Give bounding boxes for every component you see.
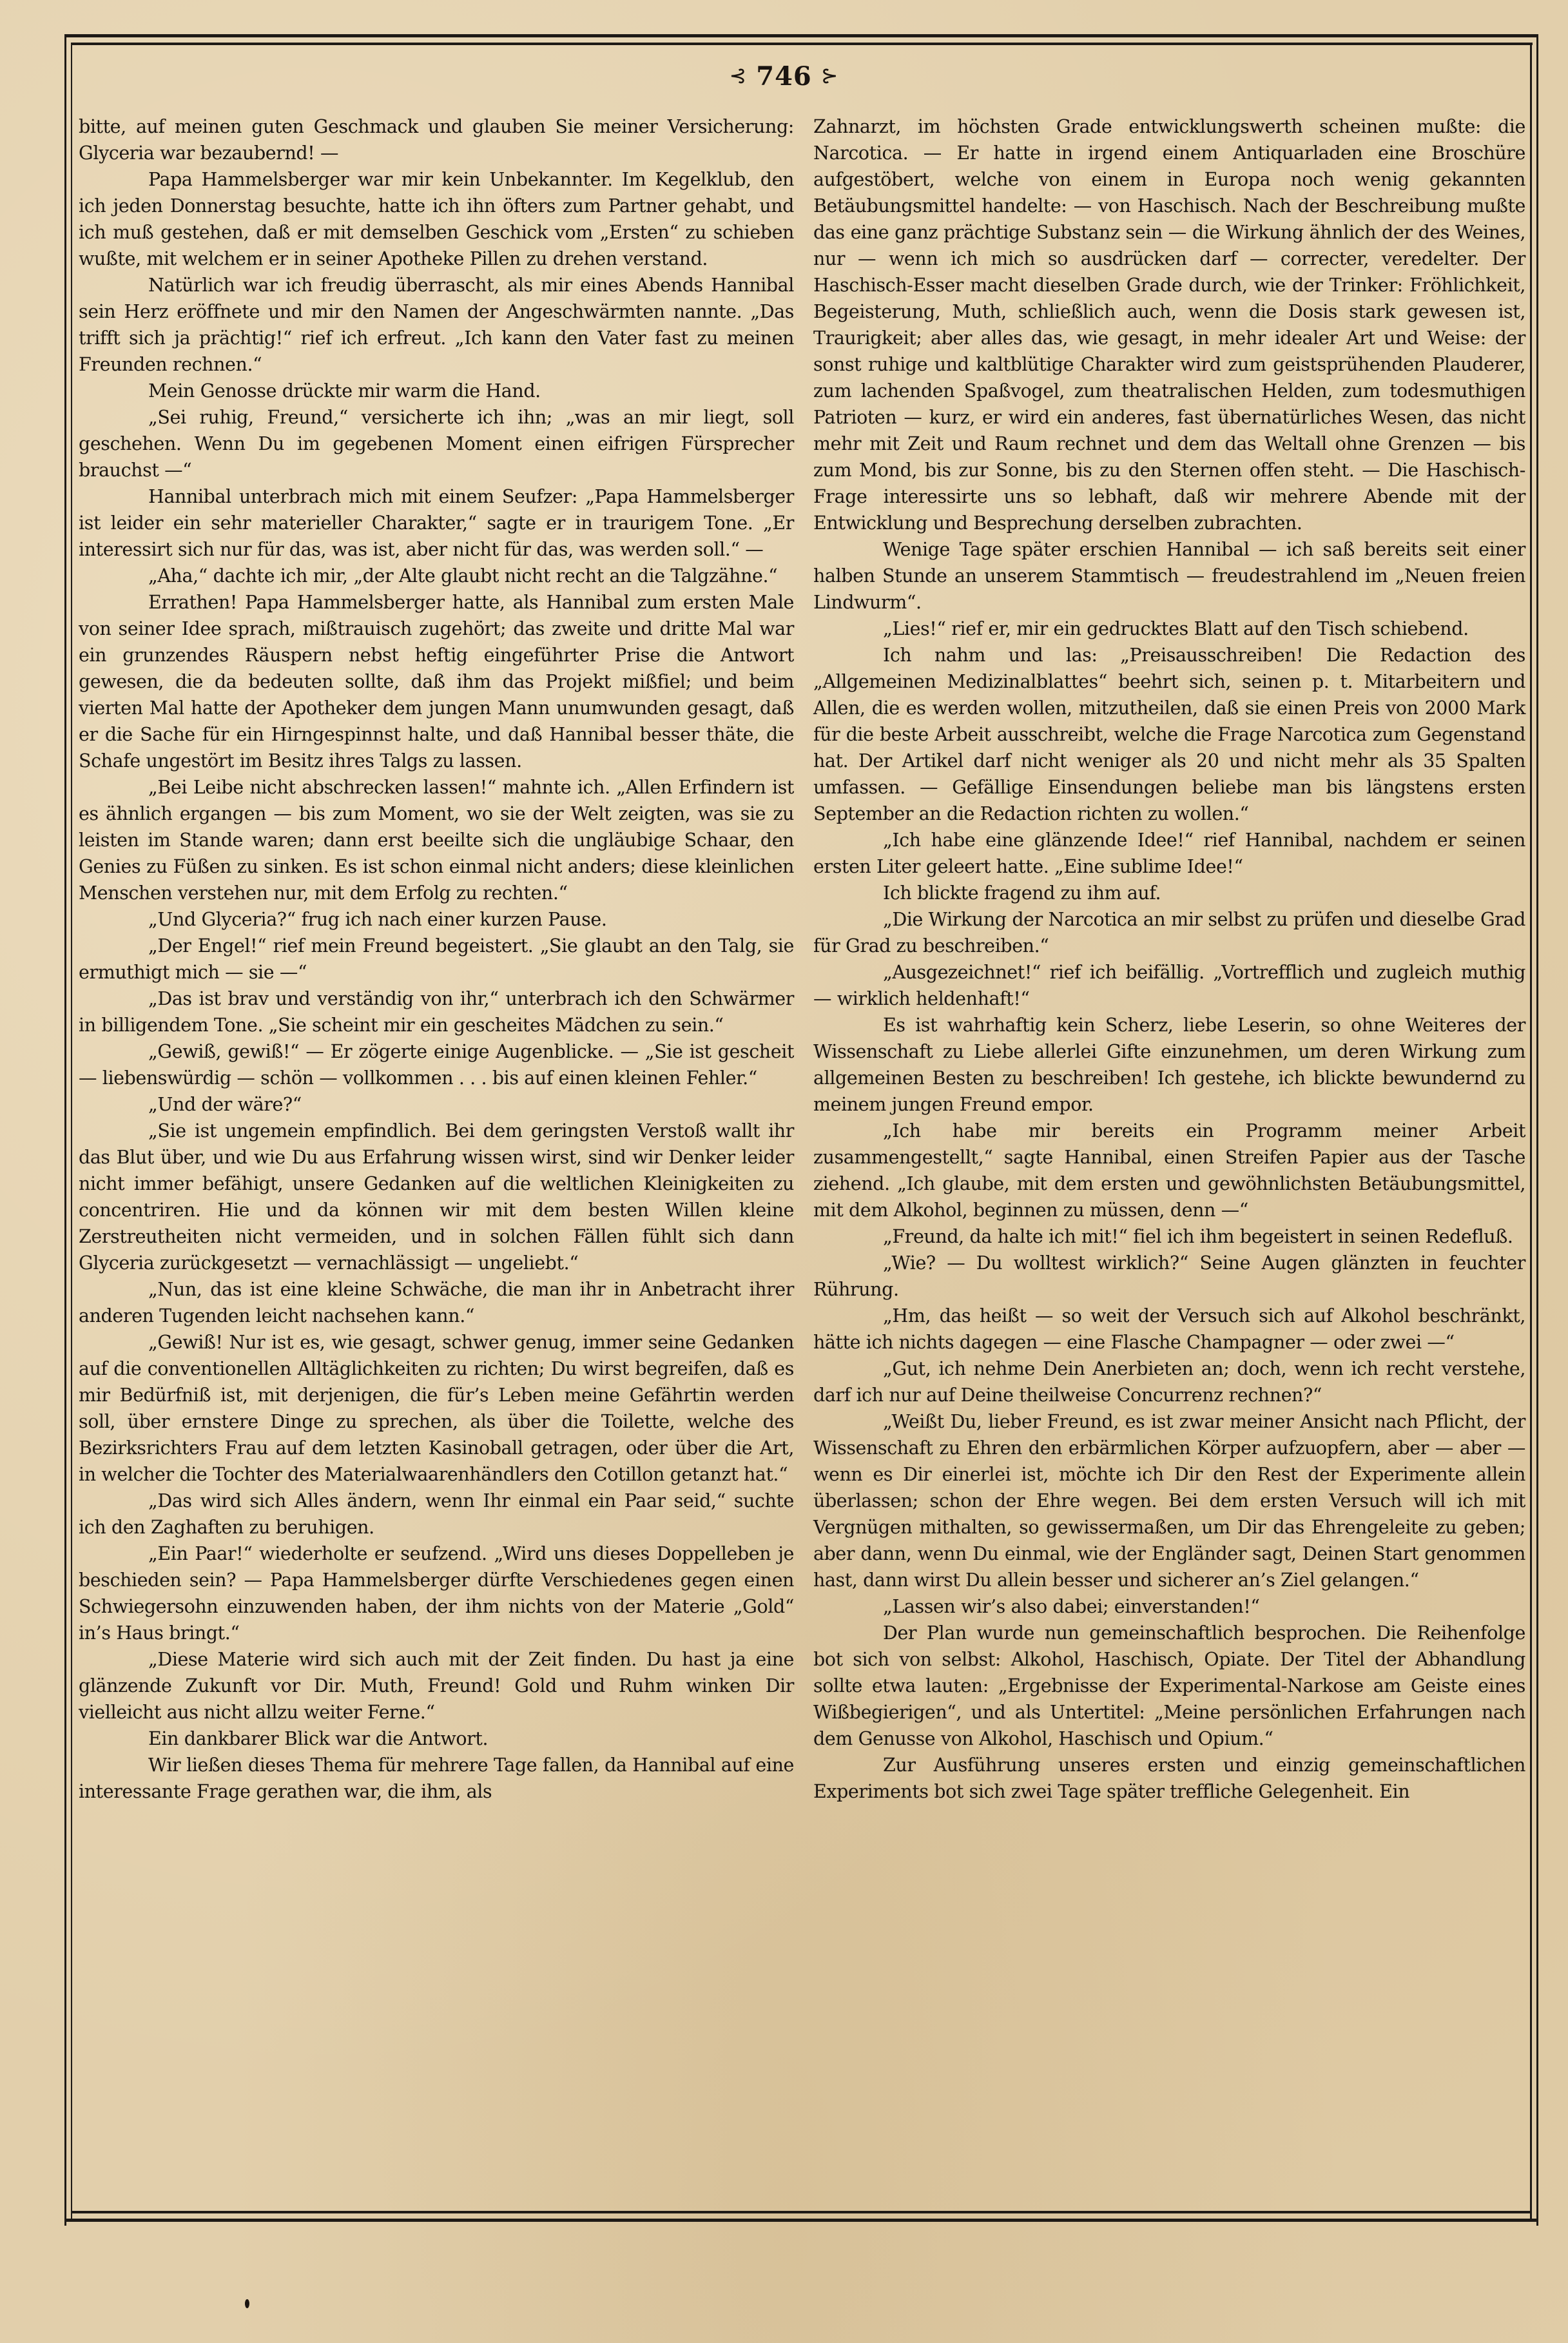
paragraph: „Gut, ich nehme Dein Anerbieten an; doch… [813,1356,1525,1408]
paragraph: „Ich habe eine glänzende Idee!“ rief Han… [813,827,1525,880]
page-number-header: ⊰746⊱ [0,61,1568,92]
paragraph: „Nun, das ist eine kleine Schwäche, die … [79,1276,794,1329]
paragraph: „Weißt Du, lieber Freund, es ist zwar me… [813,1408,1525,1593]
paragraph: Errathen! Papa Hammelsberger hatte, als … [79,589,794,774]
paragraph: Hannibal unterbrach mich mit einem Seufz… [79,483,794,563]
paragraph: „Freund, da halte ich mit!“ fiel ich ihm… [813,1223,1525,1250]
paragraph: „Ein Paar!“ wiederholte er seufzend. „Wi… [79,1541,794,1646]
paragraph: Ich nahm und las: „Preisausschreiben! Di… [813,642,1525,827]
paragraph: Papa Hammelsberger war mir kein Unbekann… [79,166,794,272]
paragraph: „Die Wirkung der Narcotica an mir selbst… [813,906,1525,959]
paragraph: Natürlich war ich freudig überrascht, al… [79,272,794,378]
paragraph: Zahnarzt, im höchsten Grade entwicklungs… [813,113,1525,536]
frame-right-inner-rule [1530,43,1532,2221]
paragraph: „Sei ruhig, Freund,“ versicherte ich ihn… [79,404,794,483]
text-column-right: Zahnarzt, im höchsten Grade entwicklungs… [813,113,1525,1805]
paragraph: „Lassen wir’s also dabei; einverstanden!… [813,1593,1525,1620]
paragraph: „Wie? — Du wolltest wirklich?“ Seine Aug… [813,1250,1525,1303]
paragraph: „Gewiß! Nur ist es, wie gesagt, schwer g… [79,1329,794,1488]
paragraph: Der Plan wurde nun gemeinschaftlich besp… [813,1620,1525,1752]
paragraph: „Diese Materie wird sich auch mit der Ze… [79,1646,794,1726]
paragraph: Mein Genosse drückte mir warm die Hand. [79,378,794,404]
frame-top-outer-rule [64,34,1538,37]
paragraph: „Bei Leibe nicht abschrecken lassen!“ ma… [79,774,794,906]
paragraph: „Ich habe mir bereits ein Programm meine… [813,1118,1525,1223]
paragraph: „Und der wäre?“ [79,1091,794,1118]
paragraph: bitte, auf meinen guten Geschmack und gl… [79,113,794,166]
paragraph: „Der Engel!“ rief mein Freund begeistert… [79,933,794,986]
paragraph: „Das ist brav und verständig von ihr,“ u… [79,986,794,1038]
frame-bottom-outer-rule [64,2219,1538,2222]
frame-left-outer-rule [64,34,66,2226]
page-number: 746 [756,61,812,92]
ink-speck [245,2299,249,2308]
paragraph: „Und Glyceria?“ frug ich nach einer kurz… [79,906,794,933]
frame-top-inner-rule [71,43,1533,45]
paragraph: Ein dankbarer Blick war die Antwort. [79,1726,794,1752]
paragraph: „Gewiß, gewiß!“ — Er zögerte einige Auge… [79,1038,794,1091]
text-column-left: bitte, auf meinen guten Geschmack und gl… [79,113,794,1805]
paragraph: Es ist wahrhaftig kein Scherz, liebe Les… [813,1012,1525,1118]
paragraph: „Das wird sich Alles ändern, wenn Ihr ei… [79,1488,794,1541]
paragraph: „Sie ist ungemein empfindlich. Bei dem g… [79,1118,794,1276]
paragraph: „Hm, das heißt — so weit der Versuch sic… [813,1303,1525,1356]
paragraph: Wir ließen dieses Thema für mehrere Tage… [79,1752,794,1805]
frame-bottom-inner-rule [72,2211,1532,2213]
paragraph: „Ausgezeichnet!“ rief ich beifällig. „Vo… [813,959,1525,1012]
paragraph: „Lies!“ rief er, mir ein gedrucktes Blat… [813,616,1525,642]
frame-right-outer-rule [1536,34,1538,2226]
paragraph: Wenige Tage später erschien Hannibal — i… [813,536,1525,616]
frame-left-inner-rule [71,43,72,2221]
ornament-right-icon: ⊱ [821,63,839,88]
paragraph: Ich blickte fragend zu ihm auf. [813,880,1525,906]
ornament-left-icon: ⊰ [729,63,747,88]
paragraph: „Aha,“ dachte ich mir, „der Alte glaubt … [79,563,794,589]
paragraph: Zur Ausführung unseres ersten und einzig… [813,1752,1525,1805]
